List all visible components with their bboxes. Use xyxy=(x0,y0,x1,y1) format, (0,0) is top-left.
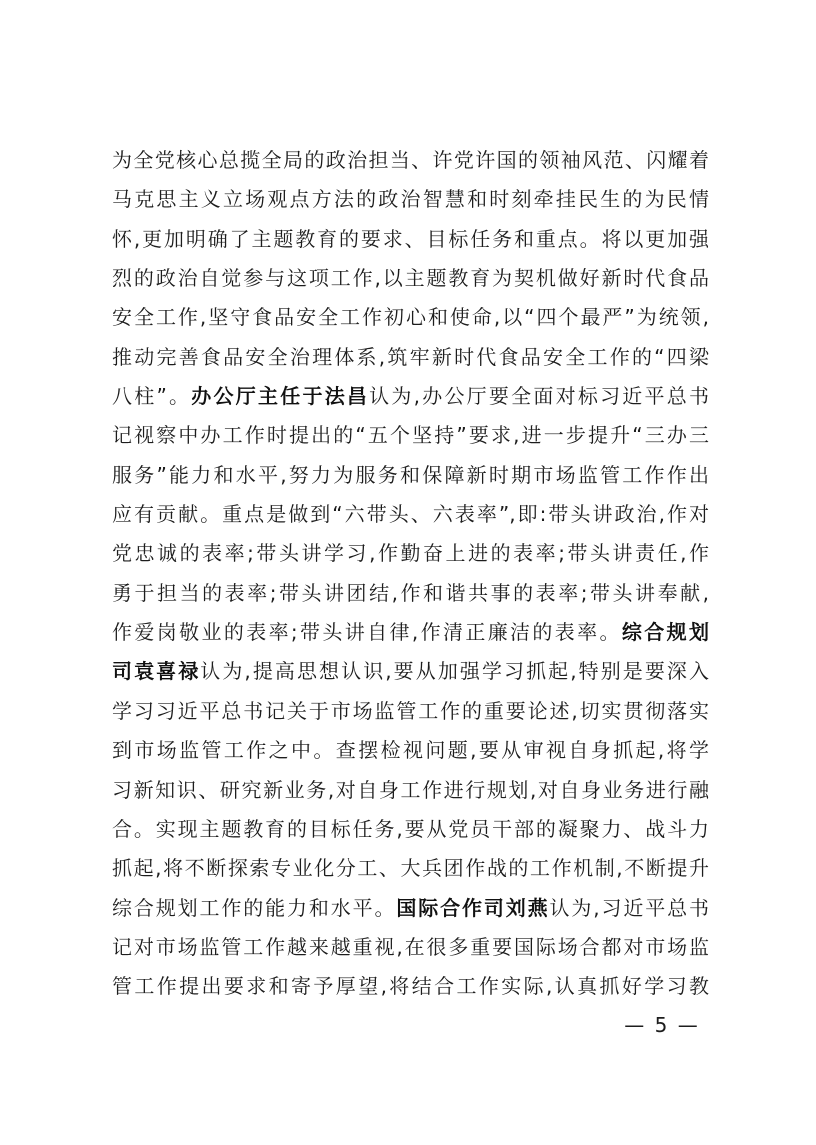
text-segment: 综合规划工作的能力和水平。 xyxy=(112,896,396,920)
speaker-name: 国际合作司刘燕 xyxy=(396,896,549,920)
text-segment: 马克思主义立场观点方法的政治智慧和时刻牵挂民生的为民情 xyxy=(112,187,709,211)
text-line: 服务”能力和水平,努力为服务和保障新时期市场监管工作作出 xyxy=(112,456,709,495)
text-segment: 认为,习近平总书 xyxy=(550,896,710,920)
text-segment: 管工作提出要求和寄予厚望,将结合工作实际,认真抓好学习教 xyxy=(112,974,709,998)
page-number: — 5 — xyxy=(612,1010,712,1040)
text-segment: 合。实现主题教育的目标任务,要从党员干部的凝聚力、战斗力 xyxy=(112,817,709,841)
text-segment: 应有贡献。重点是做到“六带头、六表率”,即:带头讲政治,作对 xyxy=(112,502,709,526)
page-body: 为全党核心总揽全局的政治担当、许党许国的领袖风范、闪耀着马克思主义立场观点方法的… xyxy=(112,141,709,1007)
text-segment: 认为,提高思想认识,要从加强学习抓起,特别是要深入 xyxy=(200,659,709,683)
text-line: 作爱岗敬业的表率;带头讲自律,作清正廉洁的表率。综合规划 xyxy=(112,613,709,652)
text-line: 记视察中办工作时提出的“五个坚持”要求,进一步提升“三办三 xyxy=(112,416,709,455)
document-page: 为全党核心总揽全局的政治担当、许党许国的领袖风范、闪耀着马克思主义立场观点方法的… xyxy=(0,0,816,1145)
text-line: 记对市场监管工作越来越重视,在很多重要国际场合都对市场监 xyxy=(112,928,709,967)
speaker-name: 办公厅主任于法昌 xyxy=(191,384,369,408)
speaker-name: 司袁喜禄 xyxy=(112,659,200,683)
text-line: 安全工作,坚守食品安全工作初心和使命,以“四个最严”为统领, xyxy=(112,298,709,337)
text-line: 八柱”。办公厅主任于法昌认为,办公厅要全面对标习近平总书 xyxy=(112,377,709,416)
text-segment: 勇于担当的表率;带头讲团结,作和谐共事的表率;带头讲奉献, xyxy=(112,581,709,605)
text-line: 习新知识、研究新业务,对自身工作进行规划,对自身业务进行融 xyxy=(112,771,709,810)
text-segment: 学习习近平总书记关于市场监管工作的重要论述,切实贯彻落实 xyxy=(112,699,709,723)
text-segment: 记对市场监管工作越来越重视,在很多重要国际场合都对市场监 xyxy=(112,935,709,959)
text-line: 学习习近平总书记关于市场监管工作的重要论述,切实贯彻落实 xyxy=(112,692,709,731)
text-segment: 抓起,将不断探索专业化分工、大兵团作战的工作机制,不断提升 xyxy=(112,856,709,880)
text-segment: 记视察中办工作时提出的“五个坚持”要求,进一步提升“三办三 xyxy=(112,423,709,447)
text-segment: 为全党核心总揽全局的政治担当、许党许国的领袖风范、闪耀着 xyxy=(112,148,709,172)
text-line: 推动完善食品安全治理体系,筑牢新时代食品安全工作的“四梁 xyxy=(112,338,709,377)
text-line: 司袁喜禄认为,提高思想认识,要从加强学习抓起,特别是要深入 xyxy=(112,652,709,691)
text-segment: 服务”能力和水平,努力为服务和保障新时期市场监管工作作出 xyxy=(112,463,709,487)
text-line: 马克思主义立场观点方法的政治智慧和时刻牵挂民生的为民情 xyxy=(112,180,709,219)
text-line: 抓起,将不断探索专业化分工、大兵团作战的工作机制,不断提升 xyxy=(112,849,709,888)
text-line: 勇于担当的表率;带头讲团结,作和谐共事的表率;带头讲奉献, xyxy=(112,574,709,613)
text-segment: 八柱”。 xyxy=(112,384,191,408)
text-line: 党忠诚的表率;带头讲学习,作勤奋上进的表率;带头讲责任,作 xyxy=(112,534,709,573)
speaker-name: 综合规划 xyxy=(622,620,709,644)
text-segment: 安全工作,坚守食品安全工作初心和使命,以“四个最严”为统领, xyxy=(112,305,709,329)
text-segment: 作爱岗敬业的表率;带头讲自律,作清正廉洁的表率。 xyxy=(112,620,622,644)
text-line: 烈的政治自觉参与这项工作,以主题教育为契机做好新时代食品 xyxy=(112,259,709,298)
text-line: 怀,更加明确了主题教育的要求、目标任务和重点。将以更加强 xyxy=(112,220,709,259)
text-segment: 怀,更加明确了主题教育的要求、目标任务和重点。将以更加强 xyxy=(112,227,709,251)
text-line: 为全党核心总揽全局的政治担当、许党许国的领袖风范、闪耀着 xyxy=(112,141,709,180)
text-segment: 党忠诚的表率;带头讲学习,作勤奋上进的表率;带头讲责任,作 xyxy=(112,541,709,565)
text-segment: 烈的政治自觉参与这项工作,以主题教育为契机做好新时代食品 xyxy=(112,266,709,290)
text-line: 到市场监管工作之中。查摆检视问题,要从审视自身抓起,将学 xyxy=(112,731,709,770)
text-line: 管工作提出要求和寄予厚望,将结合工作实际,认真抓好学习教 xyxy=(112,967,709,1006)
text-segment: 习新知识、研究新业务,对自身工作进行规划,对自身业务进行融 xyxy=(112,778,709,802)
text-line: 应有贡献。重点是做到“六带头、六表率”,即:带头讲政治,作对 xyxy=(112,495,709,534)
text-line: 合。实现主题教育的目标任务,要从党员干部的凝聚力、战斗力 xyxy=(112,810,709,849)
text-segment: 推动完善食品安全治理体系,筑牢新时代食品安全工作的“四梁 xyxy=(112,345,709,369)
text-line: 综合规划工作的能力和水平。国际合作司刘燕认为,习近平总书 xyxy=(112,889,709,928)
text-segment: 认为,办公厅要全面对标习近平总书 xyxy=(369,384,709,408)
text-segment: 到市场监管工作之中。查摆检视问题,要从审视自身抓起,将学 xyxy=(112,738,709,762)
